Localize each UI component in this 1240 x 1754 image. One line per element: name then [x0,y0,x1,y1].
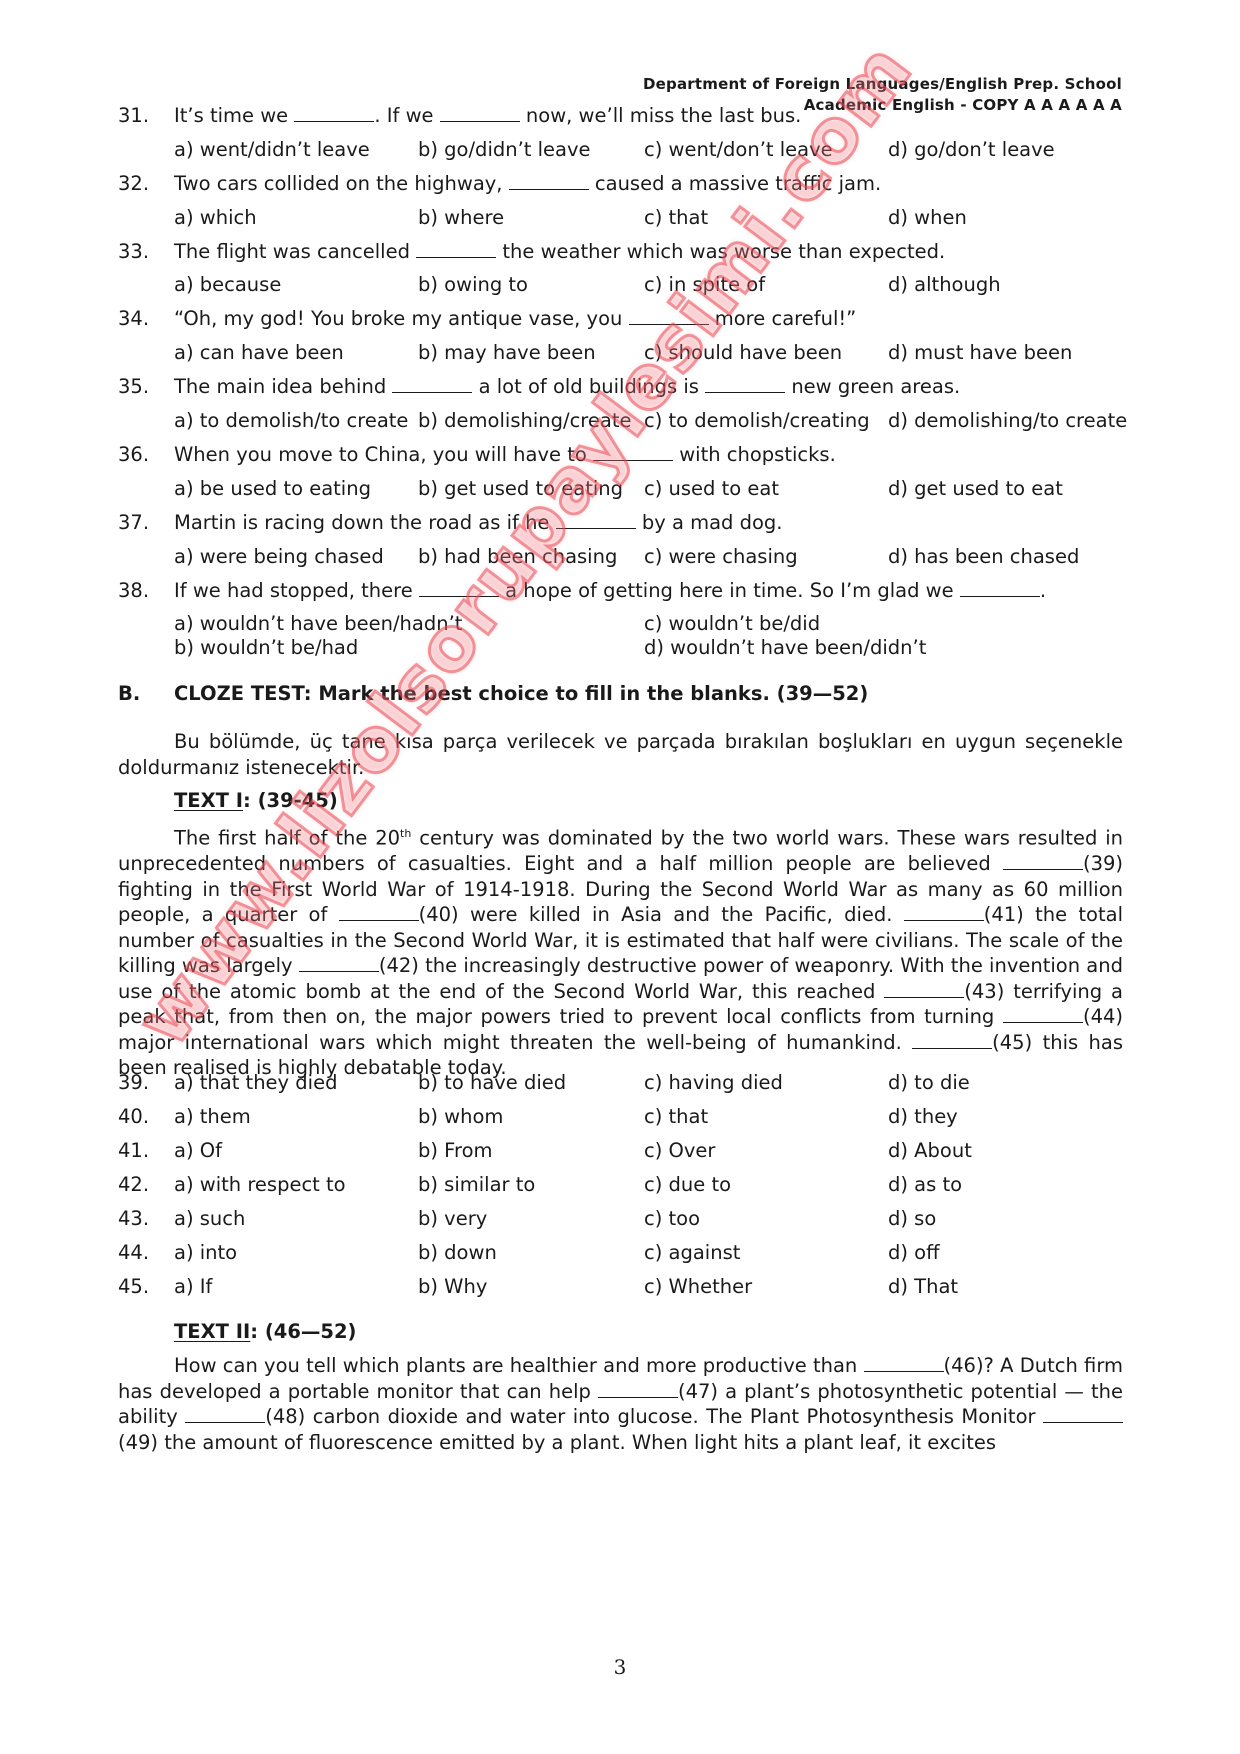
option-b[interactable]: b) From [418,1139,493,1162]
option-a[interactable]: a) into [174,1241,237,1264]
question-38-options-row1: a) wouldn’t have been/hadn’t c) wouldn’t… [174,612,1124,638]
blank [392,376,472,393]
question-stem: The flight was cancelled the weather whi… [174,240,945,263]
question-stem: It’s time we . If we now, we’ll miss the… [174,104,801,127]
option-a[interactable]: a) be used to eating [174,477,371,500]
text-2-label: TEXT II: (46—52) [174,1320,356,1343]
blank [593,444,673,461]
option-c[interactable]: c) went/don’t leave [644,138,833,161]
section-title-label: CLOZE TEST [174,682,304,705]
option-a[interactable]: a) them [174,1105,251,1128]
exam-page: Department of Foreign Languages/English … [0,0,1240,1754]
answer-options: a) intob) downc) againstd) off [174,1241,1124,1267]
option-a[interactable]: a) such [174,1207,245,1230]
question-number: 35. [118,375,149,398]
question-number: 40. [118,1105,149,1128]
answer-options: a) suchb) veryc) tood) so [174,1207,1124,1233]
option-a[interactable]: a) because [174,273,281,296]
blank [440,105,520,122]
blank [1003,1006,1083,1023]
question-36-options: a) be used to eating b) get used to eati… [174,477,1124,503]
option-b[interactable]: b) to have died [418,1071,566,1094]
blank [1003,853,1083,870]
option-d[interactable]: d) go/don’t leave [888,138,1055,161]
option-d[interactable]: d) That [888,1275,958,1298]
option-b[interactable]: b) Why [418,1275,487,1298]
question-number: 31. [118,104,149,127]
section-b-instructions: Bu bölümde, üç tane kısa parça verilecek… [118,729,1123,780]
question-33-options: a) because b) owing to c) in spite of d)… [174,273,1124,299]
option-a[interactable]: a) If [174,1275,212,1298]
question-number: 32. [118,172,149,195]
question-stem: “Oh, my god! You broke my antique vase, … [174,307,856,330]
option-c[interactable]: c) too [644,1207,700,1230]
option-c[interactable]: c) to demolish/creating [644,409,870,432]
option-b[interactable]: b) wouldn’t be/had [174,636,358,659]
option-a[interactable]: a) went/didn’t leave [174,138,370,161]
option-b[interactable]: b) similar to [418,1173,535,1196]
option-c[interactable]: c) that [644,1105,708,1128]
option-d[interactable]: d) demolishing/to create [888,409,1127,432]
option-c[interactable]: c) in spite of [644,273,765,296]
option-c[interactable]: c) that [644,206,708,229]
option-d[interactable]: d) off [888,1241,940,1264]
question-number: 33. [118,240,149,263]
question-number: 39. [118,1071,149,1094]
question-31-options: a) went/didn’t leave b) go/didn’t leave … [174,138,1124,164]
question-35-options: a) to demolish/to create b) demolishing/… [174,409,1124,435]
option-c[interactable]: c) against [644,1241,740,1264]
question-number: 38. [118,579,149,602]
blank [416,241,496,258]
option-d[interactable]: d) wouldn’t have been/didn’t [644,636,926,659]
blank [705,376,785,393]
text-2-passage: How can you tell which plants are health… [118,1353,1123,1455]
text-1-passage: The first half of the 20th century was d… [118,821,1123,1081]
option-b[interactable]: b) demolishing/create [418,409,631,432]
blank [339,904,419,921]
page-number: 3 [0,1655,1240,1679]
question-stem: The main idea behind a lot of old buildi… [174,375,960,398]
option-d[interactable]: d) to die [888,1071,970,1094]
option-a[interactable]: a) Of [174,1139,222,1162]
answer-options: a) Ofb) Fromc) Overd) About [174,1139,1124,1165]
option-c[interactable]: c) Over [644,1139,715,1162]
option-a[interactable]: a) can have been [174,341,344,364]
question-number: 41. [118,1139,149,1162]
option-c[interactable]: c) Whether [644,1275,752,1298]
blank [598,1381,678,1398]
option-c[interactable]: c) wouldn’t be/did [644,612,820,635]
option-d[interactable]: d) must have been [888,341,1072,364]
blank [912,1032,992,1049]
header-department: Department of Foreign Languages/English … [643,74,1122,95]
question-number: 44. [118,1241,149,1264]
option-d[interactable]: d) About [888,1139,972,1162]
question-stem: If we had stopped, there a hope of getti… [174,579,1046,602]
blank [1043,1406,1123,1423]
blank [960,580,1040,597]
option-b[interactable]: b) where [418,206,504,229]
question-38-options-row2: b) wouldn’t be/had d) wouldn’t have been… [174,636,1124,662]
question-number: 42. [118,1173,149,1196]
answer-options: a) with respect tob) similar toc) due to… [174,1173,1124,1199]
option-c[interactable]: c) were chasing [644,545,798,568]
answer-options: a) Ifb) Whyc) Whetherd) That [174,1275,1124,1301]
answer-options: a) that they diedb) to have diedc) havin… [174,1071,1124,1097]
option-c[interactable]: c) should have been [644,341,842,364]
option-a[interactable]: a) wouldn’t have been/hadn’t [174,612,462,635]
blank [904,904,984,921]
option-b[interactable]: b) may have been [418,341,596,364]
option-d[interactable]: d) as to [888,1173,962,1196]
option-b[interactable]: b) get used to eating [418,477,623,500]
option-d[interactable]: d) they [888,1105,958,1128]
option-d[interactable]: d) so [888,1207,936,1230]
option-d[interactable]: d) when [888,206,967,229]
option-b[interactable]: b) had been chasing [418,545,617,568]
question-34-options: a) can have been b) may have been c) sho… [174,341,1124,367]
option-b[interactable]: b) very [418,1207,487,1230]
question-number: 36. [118,443,149,466]
question-32-options: a) which b) where c) that d) when [174,206,1124,232]
blank [299,955,379,972]
blank [185,1406,265,1423]
option-a[interactable]: a) which [174,206,257,229]
option-a[interactable]: a) were being chased [174,545,384,568]
blank [294,105,374,122]
option-a[interactable]: a) to demolish/to create [174,409,408,432]
blank [884,981,964,998]
blank [864,1355,944,1372]
option-d[interactable]: d) get used to eat [888,477,1063,500]
question-stem: Two cars collided on the highway, caused… [174,172,881,195]
option-b[interactable]: b) go/didn’t leave [418,138,591,161]
answer-options: a) themb) whomc) thatd) they [174,1105,1124,1131]
option-c[interactable]: c) having died [644,1071,783,1094]
blank [419,580,499,597]
option-c[interactable]: c) used to eat [644,477,779,500]
question-number: 45. [118,1275,149,1298]
blank [629,308,709,325]
blank [509,173,589,190]
option-c[interactable]: c) due to [644,1173,731,1196]
question-number: 34. [118,307,149,330]
option-b[interactable]: b) owing to [418,273,528,296]
option-d[interactable]: d) although [888,273,1001,296]
option-b[interactable]: b) down [418,1241,497,1264]
option-a[interactable]: a) with respect to [174,1173,346,1196]
question-number: 43. [118,1207,149,1230]
text-1-label: TEXT I: (39-45) [174,789,338,812]
question-stem: Martin is racing down the road as if he … [174,511,783,534]
blank [556,512,636,529]
question-37-options: a) were being chased b) had been chasing… [174,545,1124,571]
option-b[interactable]: b) whom [418,1105,503,1128]
option-d[interactable]: d) has been chased [888,545,1079,568]
option-a[interactable]: a) that they died [174,1071,337,1094]
question-number: 37. [118,511,149,534]
question-stem: When you move to China, you will have to… [174,443,836,466]
